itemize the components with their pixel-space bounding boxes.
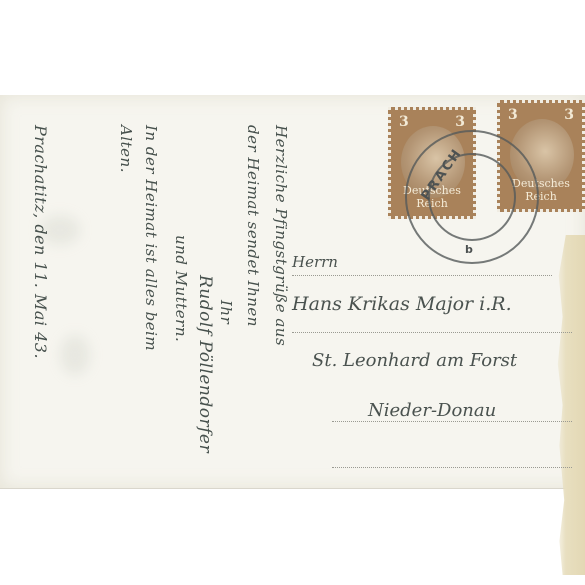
message-line: In der Heimat ist alles beim [142, 125, 160, 351]
smudge [60, 335, 90, 375]
address-line-rule [292, 332, 572, 333]
message-line: und Muttern. [172, 235, 190, 342]
message-line: Herzliche Pfingstgrüße aus [272, 125, 290, 346]
message-signoff: Prachatitz, den 11. Mai 43. [31, 125, 50, 359]
stamp-denomination: 3 [508, 107, 518, 123]
address-salutation: Herrn [292, 253, 338, 271]
address-name: Hans Krikas Major i.R. [292, 293, 512, 315]
address-line2: Nieder-Donau [368, 400, 496, 421]
address-line-rule [332, 421, 572, 422]
stamp-denomination: 3 [564, 107, 574, 123]
postmark-sub: b [465, 243, 475, 256]
water-stain [553, 235, 585, 575]
address-line-rule [292, 275, 552, 276]
message-line: Ihr [217, 300, 235, 324]
stamp-denomination: 3 [455, 114, 465, 130]
message-line: der Heimat sendet Ihnen [244, 125, 262, 327]
postcard-back: Herzliche Pfingstgrüße aus der Heimat se… [0, 95, 585, 489]
stamp-denomination: 3 [399, 114, 409, 130]
address-line1: St. Leonhard am Forst [312, 350, 517, 371]
message-line: Alten. [117, 125, 135, 173]
message-line: Rudolf Pöllendorfer [195, 275, 215, 453]
address-line-rule [332, 467, 572, 468]
